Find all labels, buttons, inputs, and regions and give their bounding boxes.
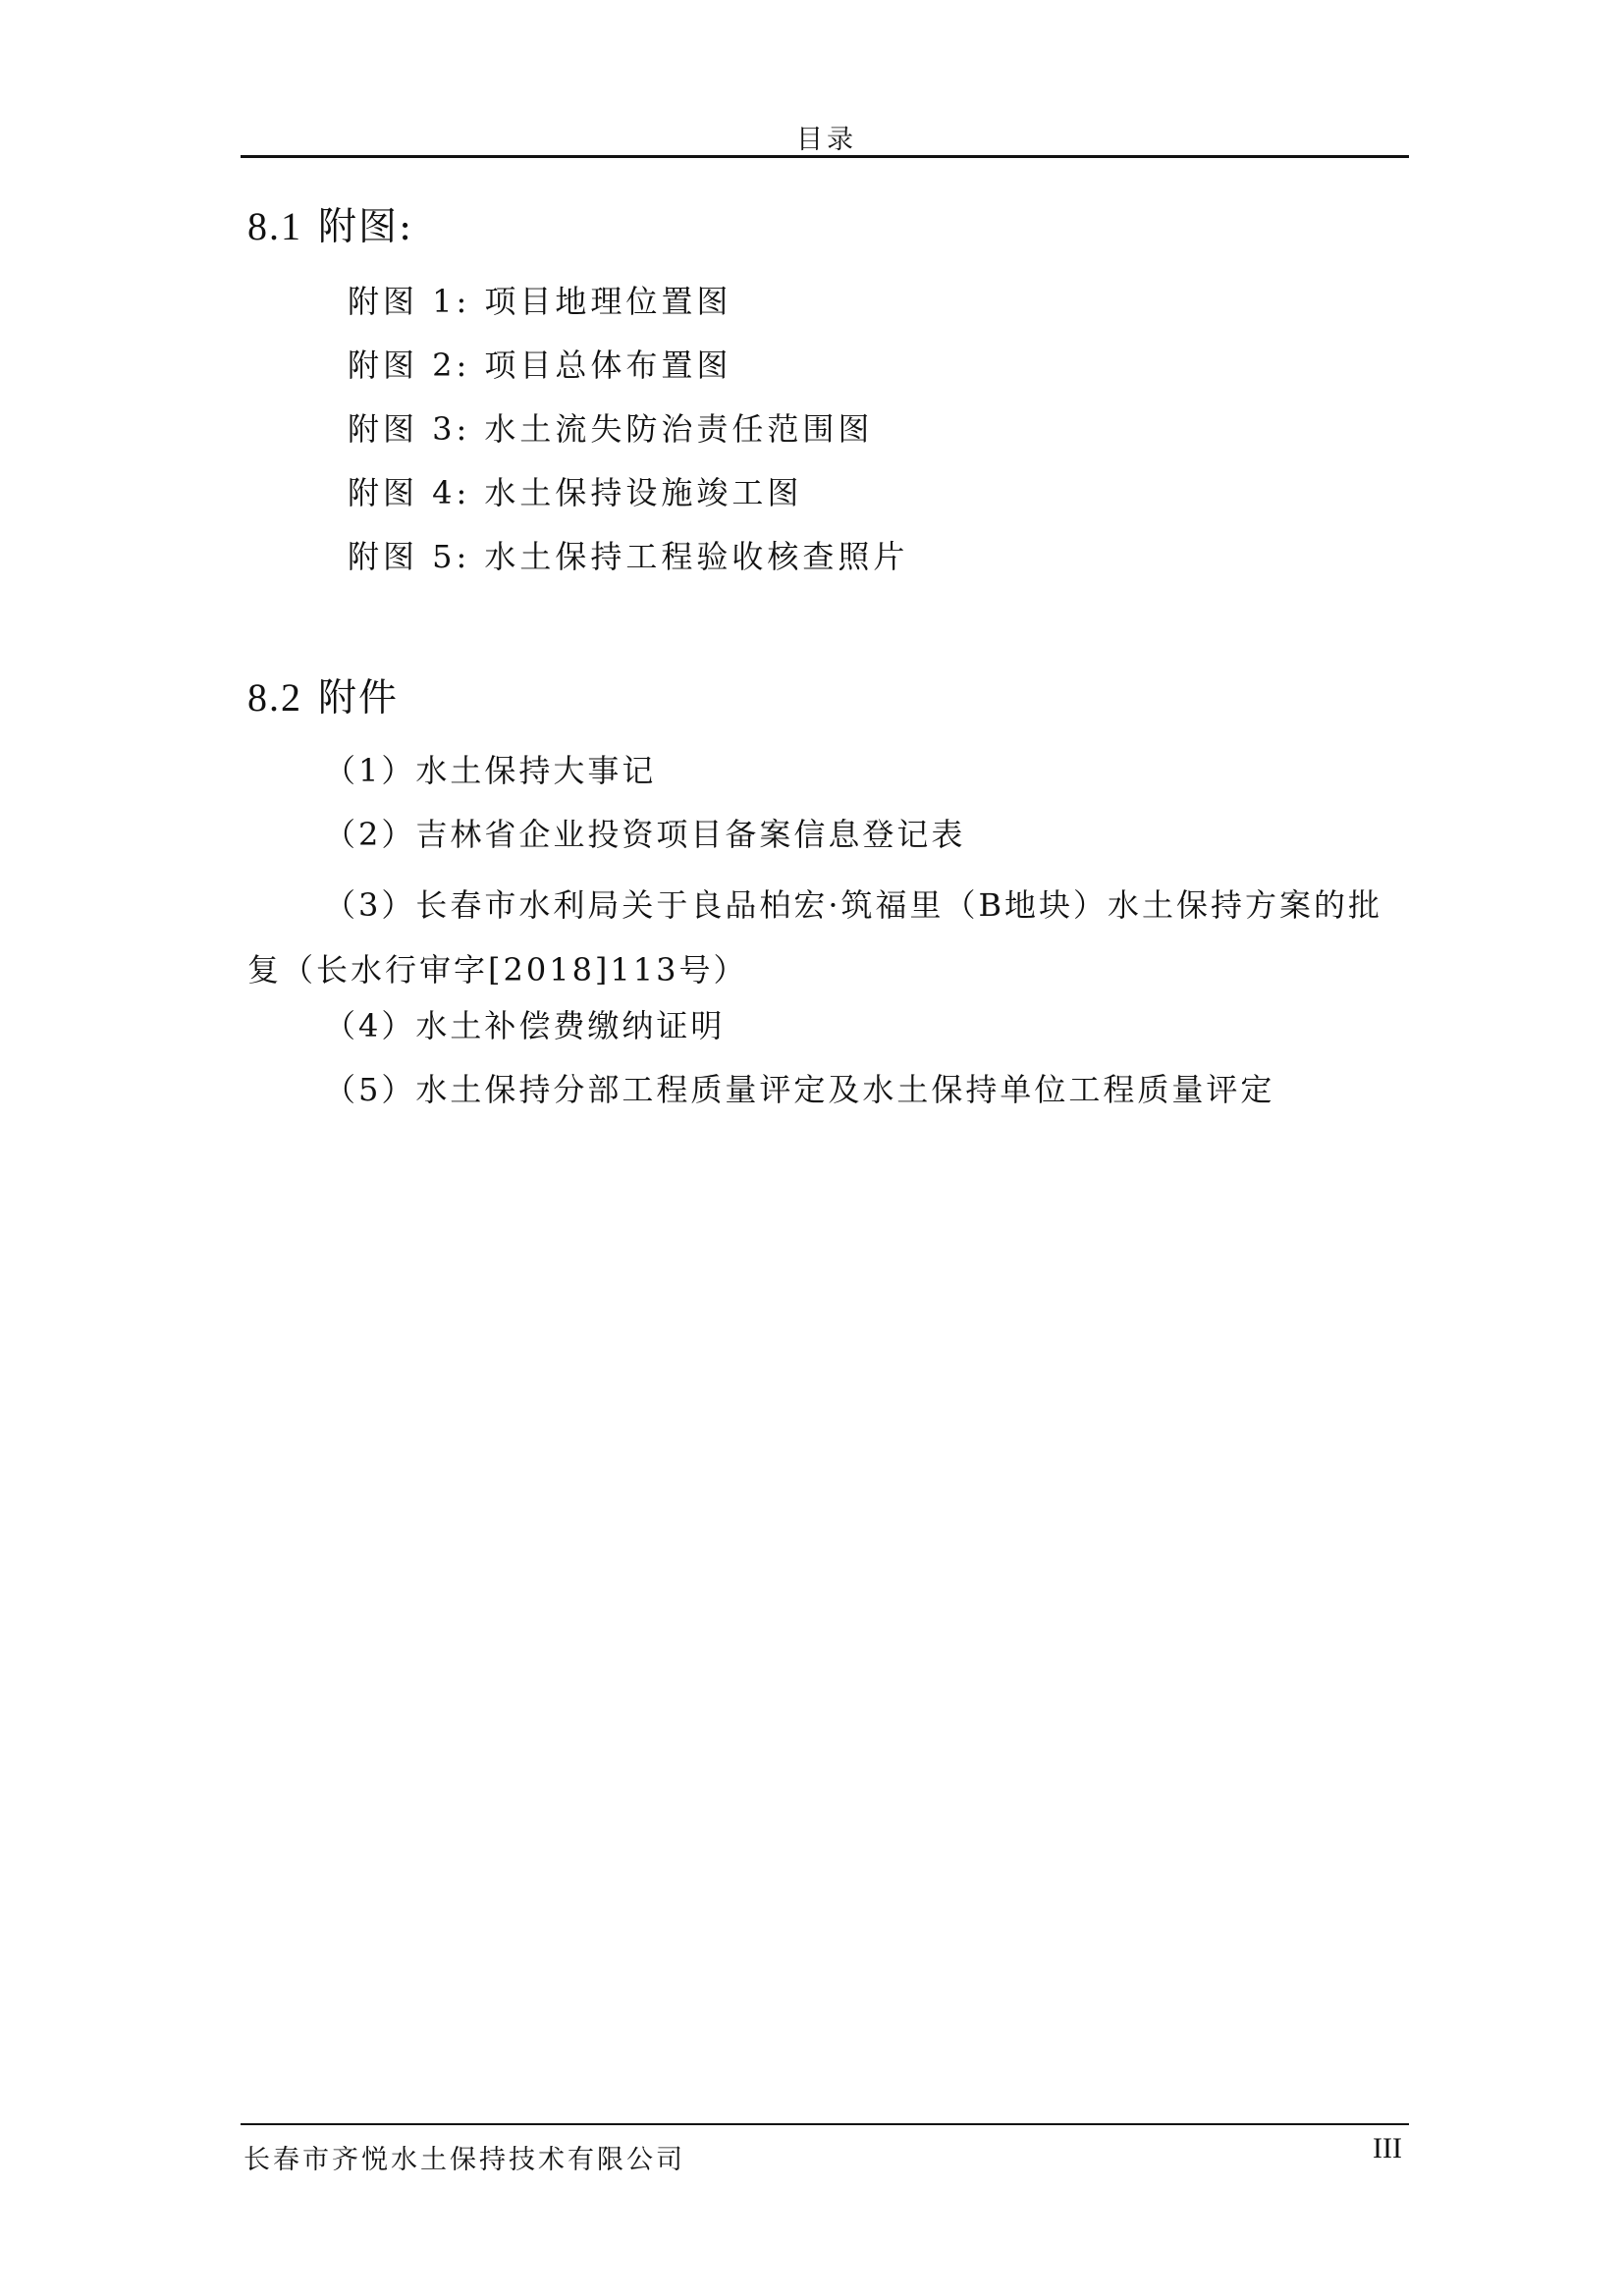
figure-title: 项目地理位置图 [484,283,731,320]
page-header-title: 目录 [0,118,1624,156]
attachment-list-item: （2）吉林省企业投资项目备案信息登记表 [324,810,965,855]
figure-label: 附图 5: [348,538,470,575]
figure-title: 项目总体布置图 [484,347,731,384]
figure-title: 水土流失防治责任范围图 [484,410,873,448]
section-title: 附件 [318,676,399,721]
figure-list-item: 附图 1:项目地理位置图 [348,277,731,322]
attachment-list-item: （4）水土补偿费缴纳证明 [324,1001,725,1046]
figure-label: 附图 3: [348,410,470,448]
figure-title: 水土保持工程验收核查照片 [484,538,908,575]
section-heading-attachments: 8.2附件 [247,667,399,722]
section-heading-figures: 8.1附图: [247,196,413,251]
footer-company-name: 长春市齐悦水土保持技术有限公司 [244,2138,685,2176]
footer-divider [241,2123,1409,2125]
figure-list-item: 附图 3:水土流失防治责任范围图 [348,404,873,450]
page-number: III [1373,2132,1402,2165]
figure-label: 附图 2: [348,347,470,384]
figure-title: 水土保持设施竣工图 [484,474,802,511]
section-number: 8.2 [247,675,302,720]
figure-label: 附图 1: [348,283,470,320]
header-divider [241,155,1409,158]
section-title: 附图: [318,205,413,249]
attachment-list-item: （3）长春市水利局关于良品柏宏·筑福里（B地块）水土保持方案的批复（长水行审字[… [247,873,1411,1002]
figure-list-item: 附图 2:项目总体布置图 [348,341,731,386]
figure-list-item: 附图 5:水土保持工程验收核查照片 [348,532,908,577]
section-number: 8.1 [247,204,302,248]
figure-label: 附图 4: [348,474,470,511]
attachment-list-item: （1）水土保持大事记 [324,746,656,791]
attachment-list-item: （5）水土保持分部工程质量评定及水土保持单位工程质量评定 [324,1065,1274,1110]
figure-list-item: 附图 4:水土保持设施竣工图 [348,468,802,513]
